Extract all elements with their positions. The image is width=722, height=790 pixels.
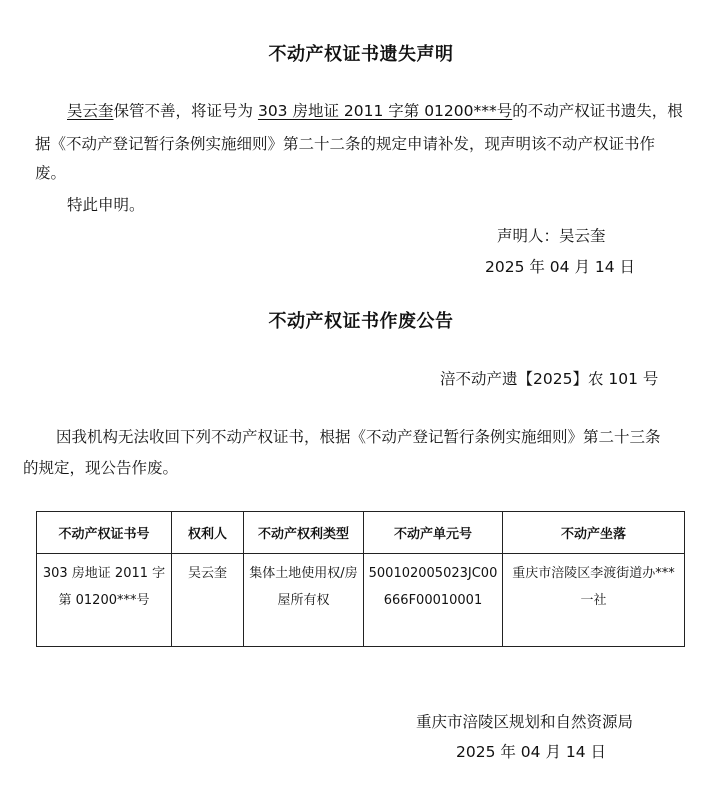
certificate-number: 303 房地证 2011 字第 01200***号 <box>258 102 512 120</box>
announcement-doc-number: 涪不动产遗【2025】农 101 号 <box>440 364 658 394</box>
header-right-type: 不动产权利类型 <box>244 512 364 554</box>
person-name: 吴云奎 <box>67 102 114 120</box>
header-location: 不动产坐落 <box>503 512 685 554</box>
certificate-table: 不动产权证书号 权利人 不动产权利类型 不动产单元号 不动产坐落 303 房地证… <box>36 511 685 647</box>
declaration-body-line-1: 吴云奎保管不善，将证号为 303 房地证 2011 字第 01200***号的不… <box>67 96 683 126</box>
cell-location: 重庆市涪陵区李渡街道办***一社 <box>503 554 685 647</box>
cell-right-type: 集体土地使用权/房屋所有权 <box>244 554 364 647</box>
declaration-date: 2025 年 04 月 14 日 <box>485 252 635 282</box>
header-unit-number: 不动产单元号 <box>364 512 503 554</box>
table-row: 303 房地证 2011 字第 01200***号 吴云奎 集体土地使用权/房屋… <box>37 554 685 647</box>
header-certificate-number: 不动产权证书号 <box>37 512 172 554</box>
declaration-body-line-3: 废。 <box>35 158 66 188</box>
declaration-text: 保管不善，将证号为 <box>114 102 258 120</box>
announcement-body-line-2: 的规定，现公告作废。 <box>23 453 178 483</box>
cell-right-holder: 吴云奎 <box>172 554 244 647</box>
issuer-name: 重庆市涪陵区规划和自然资源局 <box>416 707 633 737</box>
announcement-date: 2025 年 04 月 14 日 <box>456 737 606 767</box>
table-header-row: 不动产权证书号 权利人 不动产权利类型 不动产单元号 不动产坐落 <box>37 512 685 554</box>
announcement-title: 不动产权证书作废公告 <box>0 307 722 333</box>
cell-certificate-number: 303 房地证 2011 字第 01200***号 <box>37 554 172 647</box>
cell-unit-number: 500102005023JC00666F00010001 <box>364 554 503 647</box>
declaration-closing: 特此申明。 <box>67 190 145 220</box>
declaration-body-line-2: 据《不动产登记暂行条例实施细则》第二十二条的规定申请补发，现声明该不动产权证书作 <box>35 129 655 159</box>
declaration-signer: 声明人：吴云奎 <box>497 221 606 251</box>
declaration-text: 的不动产权证书遗失，根 <box>512 102 683 120</box>
declaration-title: 不动产权证书遗失声明 <box>0 40 722 66</box>
header-right-holder: 权利人 <box>172 512 244 554</box>
announcement-body-line-1: 因我机构无法收回下列不动产权证书，根据《不动产登记暂行条例实施细则》第二十三条 <box>56 422 661 452</box>
